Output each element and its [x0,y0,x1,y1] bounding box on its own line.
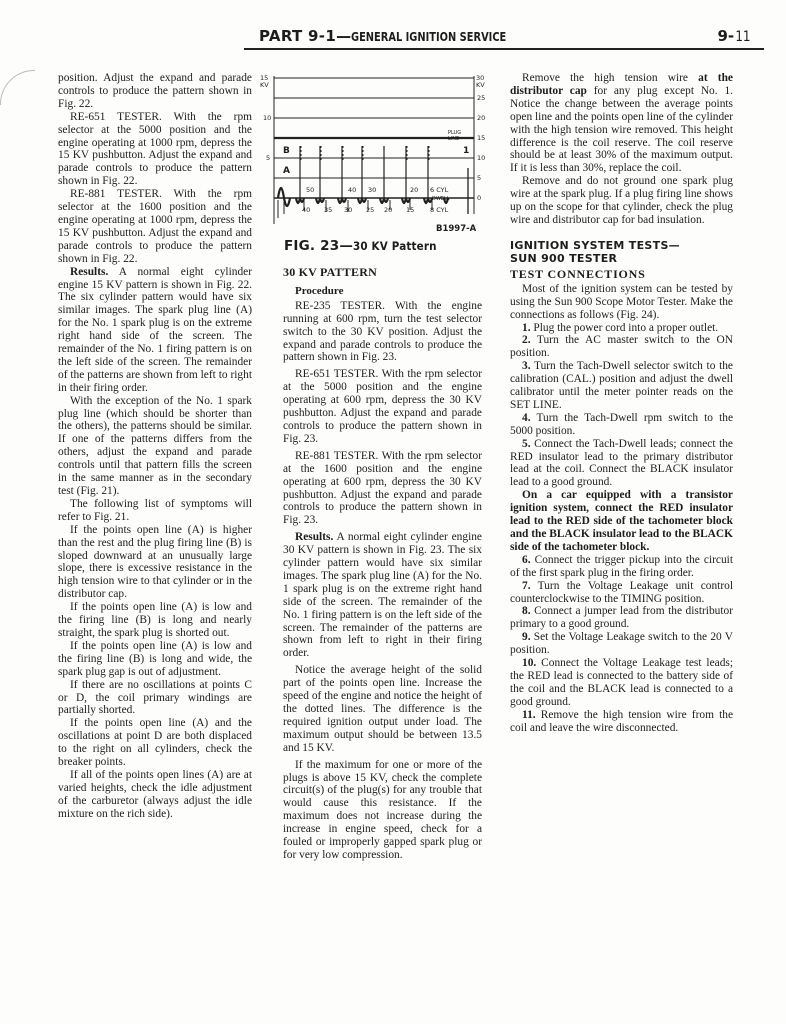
note-transistor-ignition: On a car equipped with a transistor igni… [510,489,733,554]
axis-tick: 5 [266,155,270,162]
page-header: PART 9-1—GENERAL IGNITION SERVICE 9-11 [259,25,760,47]
dwell-scale: 6 CYL [430,187,448,194]
figure-caption: FIG. 23—30 KV Pattern [284,238,446,254]
paragraph: Notice the average height of the solid p… [283,664,482,754]
figure-id: B1997-A [436,224,476,234]
step-item: 5. Connect the Tach-Dwell leads; connect… [510,438,733,490]
paragraph: Remove and do not ground one spark plug … [510,175,733,227]
paragraph: Results. A normal eight cylinder engine … [283,531,482,660]
label-b: B [283,148,290,155]
paragraph: If there are no oscillations at points C… [58,679,252,718]
paragraph: Most of the ignition system can be teste… [510,283,733,322]
step-item: 11. Remove the high tension wire from th… [510,709,733,735]
dwell-scale: 20 [410,187,418,194]
paragraph: The following list of symptoms will refe… [58,498,252,524]
axis-tick: 15 [477,135,485,142]
dwell-scale: 25 [366,207,374,214]
dwell-scale: 30 [368,187,376,194]
paragraph: Remove the high tension wire at the dist… [510,72,733,175]
paragraph: RE-881 TESTER. With the rpm selector at … [283,450,482,527]
column-3: Remove the high tension wire at the dist… [510,72,733,735]
dwell-scale: 40 [302,207,310,214]
marker-1: 1 [463,148,469,155]
dwell-scale: 20 [384,207,392,214]
dwell-scale: 15 [406,207,414,214]
paragraph: If the points open line (A) is low and t… [58,601,252,640]
dwell-scale: 35 [324,207,332,214]
label-a: A [283,168,290,175]
axis-tick: 25 [477,95,485,102]
header-title: PART 9-1—GENERAL IGNITION SERVICE [259,27,541,45]
paragraph: RE-881 TESTER. With the rpm selector at … [58,188,252,265]
column-2: 30 KV PATTERN Procedure RE-235 TESTER. W… [283,266,482,862]
section-heading: IGNITION SYSTEM TESTS—SUN 900 TESTER [510,239,733,265]
paragraph: RE-651 TESTER. With the rpm selector at … [58,111,252,188]
dwell-scale: 8 CYL [430,207,448,214]
paragraph: With the exception of the No. 1 spark pl… [58,395,252,498]
page-number: 9-11 [718,27,753,45]
paragraph: If the points open line (A) and the osci… [58,717,252,769]
paragraph: If the maximum for one or more of the pl… [283,759,482,862]
step-item: 4. Turn the Tach-Dwell rpm switch to the… [510,412,733,438]
dwell-scale: 30 [344,207,352,214]
step-item: 3. Turn the Tach-Dwell selector switch t… [510,360,733,412]
column-1: position. Adjust the expand and parade c… [58,72,252,821]
step-item: 6. Connect the trigger pickup into the c… [510,554,733,580]
step-item: 10. Connect the Voltage Leakage test lea… [510,657,733,709]
subheading: Procedure [295,285,482,298]
page-corner-mark [0,70,35,105]
header-rule [244,48,764,50]
paragraph: RE-235 TESTER. With the engine running a… [283,300,482,365]
paragraph: RE-651 TESTER. With the rpm selector at … [283,368,482,445]
plug-line-label: PLUG LINE [448,130,472,142]
paragraph: If the points open line (A) is higher th… [58,524,252,601]
axis-tick: 10 [477,155,485,162]
step-item: 2. Turn the AC master switch to the ON p… [510,334,733,360]
step-item: 7. Turn the Voltage Leakage unit control… [510,580,733,606]
paragraph: Results. A normal eight cylinder engine … [58,266,252,395]
dwell-label: DWELL [432,196,450,203]
dwell-scale: 50 [306,187,314,194]
step-item: 9. Set the Voltage Leakage switch to the… [510,631,733,657]
axis-right-unit: 30KV [476,75,485,89]
axis-tick: 5 [477,175,481,182]
subheading: TEST CONNECTIONS [510,268,733,281]
dwell-scale: 40 [348,187,356,194]
section-heading: 30 KV PATTERN [283,266,482,279]
paragraph: position. Adjust the expand and parade c… [58,72,252,111]
step-item: 8. Connect a jumper lead from the distri… [510,605,733,631]
axis-tick: 10 [263,115,271,122]
axis-tick: 0 [477,195,481,202]
paragraph: If the points open line (A) is low and t… [58,640,252,679]
axis-left-unit: 15KV [260,75,269,89]
axis-tick: 20 [477,115,485,122]
step-item: 1. Plug the power cord into a proper out… [510,322,733,335]
paragraph: If all of the points open lines (A) are … [58,769,252,821]
